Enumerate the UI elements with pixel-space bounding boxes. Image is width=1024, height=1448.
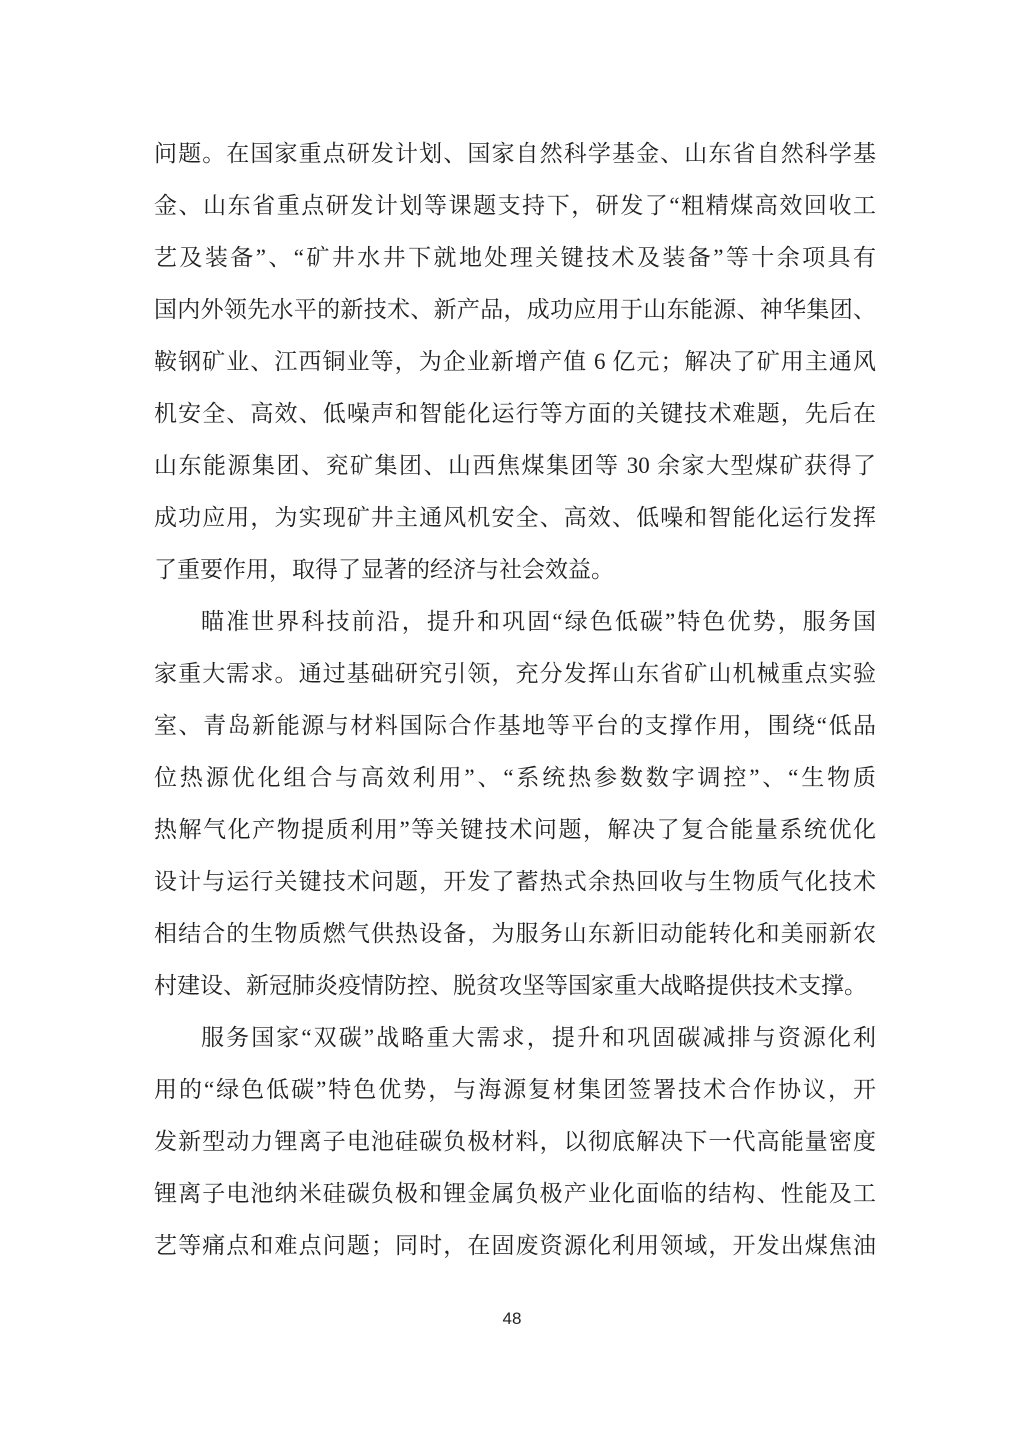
text-line: 艺等痛点和难点问题；同时，在固废资源化利用领域，开发出煤焦油 <box>154 1220 876 1272</box>
page-footer: 48 <box>0 1306 1024 1332</box>
text-line: 问题。在国家重点研发计划、国家自然科学基金、山东省自然科学基 <box>154 128 876 180</box>
text-line: 家重大需求。通过基础研究引领，充分发挥山东省矿山机械重点实验 <box>154 648 876 700</box>
text-line: 瞄准世界科技前沿，提升和巩固“绿色低碳”特色优势，服务国 <box>154 596 876 648</box>
text-line: 艺及装备”、“矿井水井下就地处理关键技术及装备”等十余项具有 <box>154 232 876 284</box>
text-block: 问题。在国家重点研发计划、国家自然科学基金、山东省自然科学基金、山东省重点研发计… <box>154 128 876 1272</box>
document-page: 问题。在国家重点研发计划、国家自然科学基金、山东省自然科学基金、山东省重点研发计… <box>0 0 1024 1448</box>
text-line: 服务国家“双碳”战略重大需求，提升和巩固碳减排与资源化利 <box>154 1012 876 1064</box>
text-line: 位热源优化组合与高效利用”、“系统热参数数字调控”、“生物质 <box>154 752 876 804</box>
text-line: 鞍钢矿业、江西铜业等，为企业新增产值 6 亿元；解决了矿用主通风 <box>154 336 876 388</box>
text-line: 山东能源集团、兖矿集团、山西焦煤集团等 30 余家大型煤矿获得了 <box>154 440 876 492</box>
text-line: 热解气化产物提质利用”等关键技术问题，解决了复合能量系统优化 <box>154 804 876 856</box>
text-line: 机安全、高效、低噪声和智能化运行等方面的关键技术难题，先后在 <box>154 388 876 440</box>
text-line: 国内外领先水平的新技术、新产品，成功应用于山东能源、神华集团、 <box>154 284 876 336</box>
page-number: 48 <box>503 1309 522 1328</box>
text-line: 发新型动力锂离子电池硅碳负极材料，以彻底解决下一代高能量密度 <box>154 1116 876 1168</box>
text-line: 用的“绿色低碳”特色优势，与海源复材集团签署技术合作协议，开 <box>154 1064 876 1116</box>
text-line: 村建设、新冠肺炎疫情防控、脱贫攻坚等国家重大战略提供技术支撑。 <box>154 960 876 1012</box>
text-line: 室、青岛新能源与材料国际合作基地等平台的支撑作用，围绕“低品 <box>154 700 876 752</box>
text-line: 相结合的生物质燃气供热设备，为服务山东新旧动能转化和美丽新农 <box>154 908 876 960</box>
text-line: 设计与运行关键技术问题，开发了蓄热式余热回收与生物质气化技术 <box>154 856 876 908</box>
text-line: 成功应用，为实现矿井主通风机安全、高效、低噪和智能化运行发挥 <box>154 492 876 544</box>
text-line: 锂离子电池纳米硅碳负极和锂金属负极产业化面临的结构、性能及工 <box>154 1168 876 1220</box>
text-line: 了重要作用，取得了显著的经济与社会效益。 <box>154 544 876 596</box>
text-line: 金、山东省重点研发计划等课题支持下，研发了“粗精煤高效回收工 <box>154 180 876 232</box>
